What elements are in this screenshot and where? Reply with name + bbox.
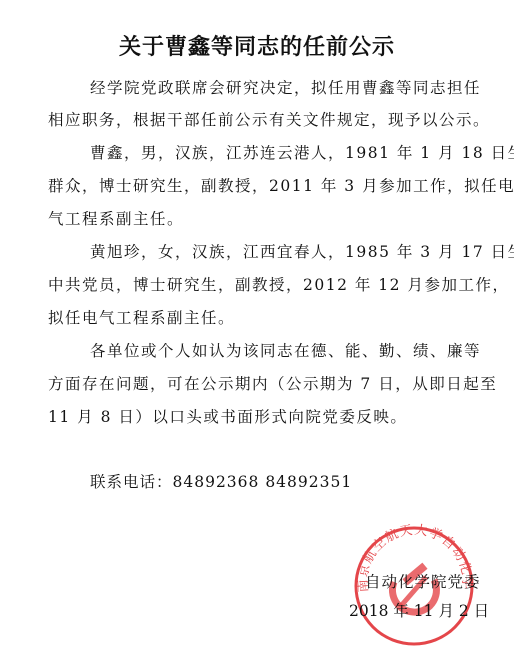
text-line: 中共党员，博士研究生，副教授，2012 年 12 月参加工作，	[48, 273, 478, 295]
signature-org: 自动化学院党委	[365, 570, 481, 592]
text-line: 方面存在问题，可在公示期内（公示期为 7 日，从即日起至	[48, 372, 478, 394]
text-line: 气工程系副主任。	[48, 207, 478, 229]
text-line: 黄旭珍，女，汉族，江西宜春人，1985 年 3 月 17 日生，	[90, 240, 514, 262]
text-line: 群众，博士研究生，副教授，2011 年 3 月参加工作，拟任电	[48, 174, 478, 196]
page-title: 关于曹鑫等同志的任前公示	[0, 30, 514, 61]
text-line: 各单位或个人如认为该同志在德、能、勤、绩、廉等	[90, 339, 514, 361]
text-line: 11 月 8 日）以口头或书面形式向院党委反映。	[48, 405, 478, 427]
contact-phone: 联系电话：84892368 84892351	[90, 470, 352, 492]
text-line: 相应职务，根据干部任前公示有关文件规定，现予以公示。	[48, 108, 478, 130]
text-line: 经学院党政联席会研究决定，拟任用曹鑫等同志担任	[90, 76, 514, 98]
signature-date: 2018 年 11 月 2 日	[349, 599, 489, 621]
text-line: 拟任电气工程系副主任。	[48, 306, 478, 328]
text-line: 曹鑫，男，汉族，江苏连云港人，1981 年 1 月 18 日生，	[90, 141, 514, 163]
